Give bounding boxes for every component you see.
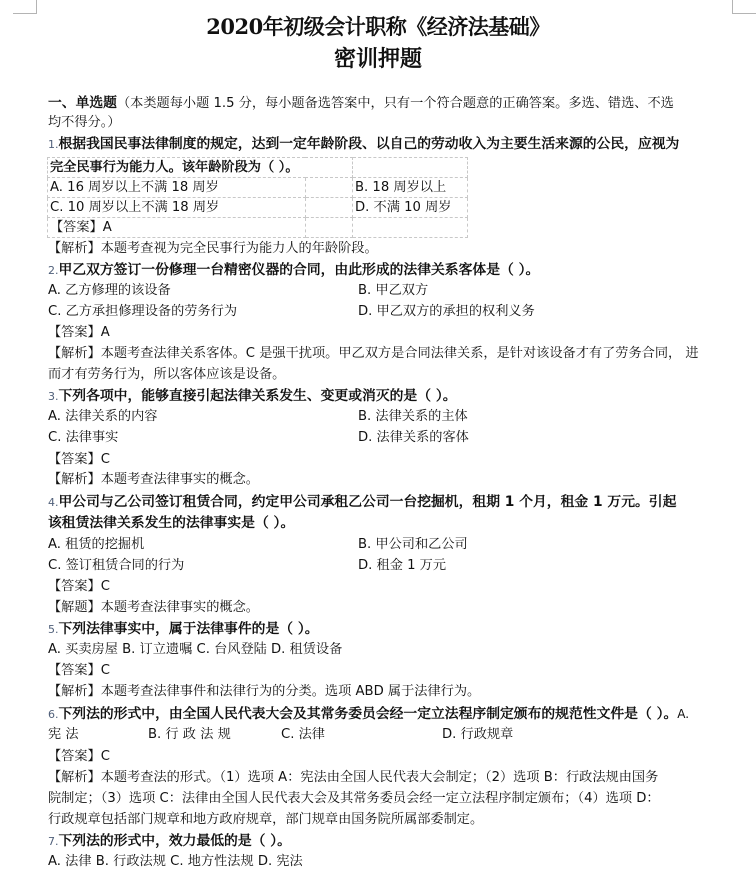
question-7-options: A. 法律 B. 行政法规 C. 地方性法规 D. 宪法 [48, 852, 303, 872]
option-d: D. 法律关系的客体 [358, 428, 469, 448]
question-1-stem-cont: 完全民事行为能力人。该年龄阶段为（ ）。 [48, 158, 353, 178]
question-number: 1. [48, 138, 59, 151]
option-c: C. 法律 [281, 725, 325, 745]
document-title: 2020年初级会计职称《经济法基础》 [0, 13, 756, 41]
answer: 【答案】C [48, 577, 110, 597]
option-b: B. 甲公司和乙公司 [358, 535, 468, 555]
question-3-analysis: 【解析】本题考查法律事实的概念。 [48, 470, 259, 490]
question-3-stem: 3.下列各项中，能够直接引起法律关系发生、变更或消灭的是（ ）。 [48, 386, 457, 407]
question-2-stem: 2.甲乙双方签订一份修理一台精密仪器的合同，由此形成的法律关系客体是（ ）。 [48, 260, 539, 281]
document-subtitle: 密训押题 [0, 44, 756, 74]
question-4-stem-cont: 该租赁法律关系发生的法律事实是（ ）。 [48, 513, 294, 533]
option-c: C. 乙方承担修理设备的劳务行为 [48, 302, 237, 322]
option-d: D. 租金 1 万元 [358, 556, 446, 576]
question-4-stem: 4.甲公司与乙公司签订租赁合同，约定甲公司承租乙公司一台挖掘机，租期 1 个月，… [48, 492, 676, 513]
answer: 【答案】C [48, 450, 110, 470]
question-6-analysis: 【解析】本题考查法的形式。（1）选项 A：宪法由全国人民代表大会制定；（2）选项… [48, 768, 658, 788]
option-c: C. 法律事实 [48, 428, 118, 448]
option-a: A. 法律关系的内容 [48, 407, 158, 427]
section-heading-line: 一、单选题（本类题每小题 1.5 分，每小题备选答案中，只有一个符合题意的正确答… [48, 93, 674, 114]
option-b: B. 法律关系的主体 [358, 407, 468, 427]
option-d: D. 行政规章 [442, 725, 513, 745]
option-b: B. 行 政 法 规 [148, 725, 231, 745]
answer: 【答案】C [48, 747, 110, 767]
question-number: 5. [48, 623, 59, 636]
question-number: 3. [48, 390, 59, 403]
question-5-analysis: 【解析】本题考查法律事件和法律行为的分类。选项 ABD 属于法律行为。 [48, 682, 480, 702]
question-5-stem: 5.下列法律事实中，属于法律事件的是（ ）。 [48, 619, 319, 640]
answer: 【答案】C [48, 661, 110, 681]
question-6-stem: 6.下列法的形式中，由全国人民代表大会及其常务委员会经一定立法程序制定颁布的规范… [48, 704, 689, 725]
answer: 【答案】A [48, 323, 110, 343]
question-1-analysis: 【解析】本题考查视为完全民事行为能力人的年龄阶段。 [48, 239, 378, 259]
answer: 【答案】A [48, 218, 306, 238]
question-1-stem: 1.根据我国民事法律制度的规定，达到一定年龄阶段、以自己的劳动收入为主要生活来源… [48, 134, 679, 155]
option-a: A. 16 周岁以上不满 18 周岁 [48, 178, 306, 198]
section-heading: 一、单选题 [48, 95, 117, 111]
option-d: D. 不满 10 周岁 [353, 198, 468, 218]
question-number: 6. [48, 708, 59, 721]
question-4-analysis: 【解题】本题考查法律事实的概念。 [48, 598, 259, 618]
option-c: C. 10 周岁以上不满 18 周岁 [48, 198, 306, 218]
section-instructions-cont: 均不得分。） [48, 113, 121, 133]
option-c: C. 签订租赁合同的行为 [48, 556, 184, 576]
option-a-prefix: A. [677, 707, 689, 721]
question-1-table: 完全民事行为能力人。该年龄阶段为（ ）。 A. 16 周岁以上不满 18 周岁 … [47, 157, 468, 238]
question-number: 2. [48, 264, 59, 277]
question-7-stem: 7.下列法的形式中，效力最低的是（ ）。 [48, 831, 291, 852]
question-6-analysis-cont2: 行政规章包括部门规章和地方政府规章，部门规章由国务院所属部委制定。 [48, 810, 483, 830]
question-6-analysis-cont: 院制定；（3）选项 C：法律由全国人民代表大会及其常务委员会经一定立法程序制定颁… [48, 789, 660, 809]
option-b: B. 18 周岁以上 [353, 178, 468, 198]
question-2-analysis-cont: 而才有劳务行为，所以客体应该是设备。 [48, 365, 285, 385]
question-2-analysis: 【解析】本题考查法律关系客体。C 是强干扰项。甲乙双方是合同法律关系，是针对该设… [48, 344, 699, 364]
question-5-options: A. 买卖房屋 B. 订立遗嘱 C. 台风登陆 D. 租赁设备 [48, 640, 342, 660]
section-instructions: （本类题每小题 1.5 分，每小题备选答案中，只有一个符合题意的正确答案。多选、… [117, 96, 674, 111]
option-b: B. 甲乙双方 [358, 281, 428, 301]
question-number: 7. [48, 835, 59, 848]
option-a: A. 乙方修理的该设备 [48, 281, 171, 301]
option-d: D. 甲乙双方的承担的权利义务 [358, 302, 535, 322]
crop-mark-top-right-vertical [732, 0, 733, 14]
option-a: 宪 法 [48, 725, 79, 745]
question-number: 4. [48, 496, 59, 509]
option-a: A. 租赁的挖掘机 [48, 535, 144, 555]
crop-mark-top-left-vertical [36, 0, 37, 14]
